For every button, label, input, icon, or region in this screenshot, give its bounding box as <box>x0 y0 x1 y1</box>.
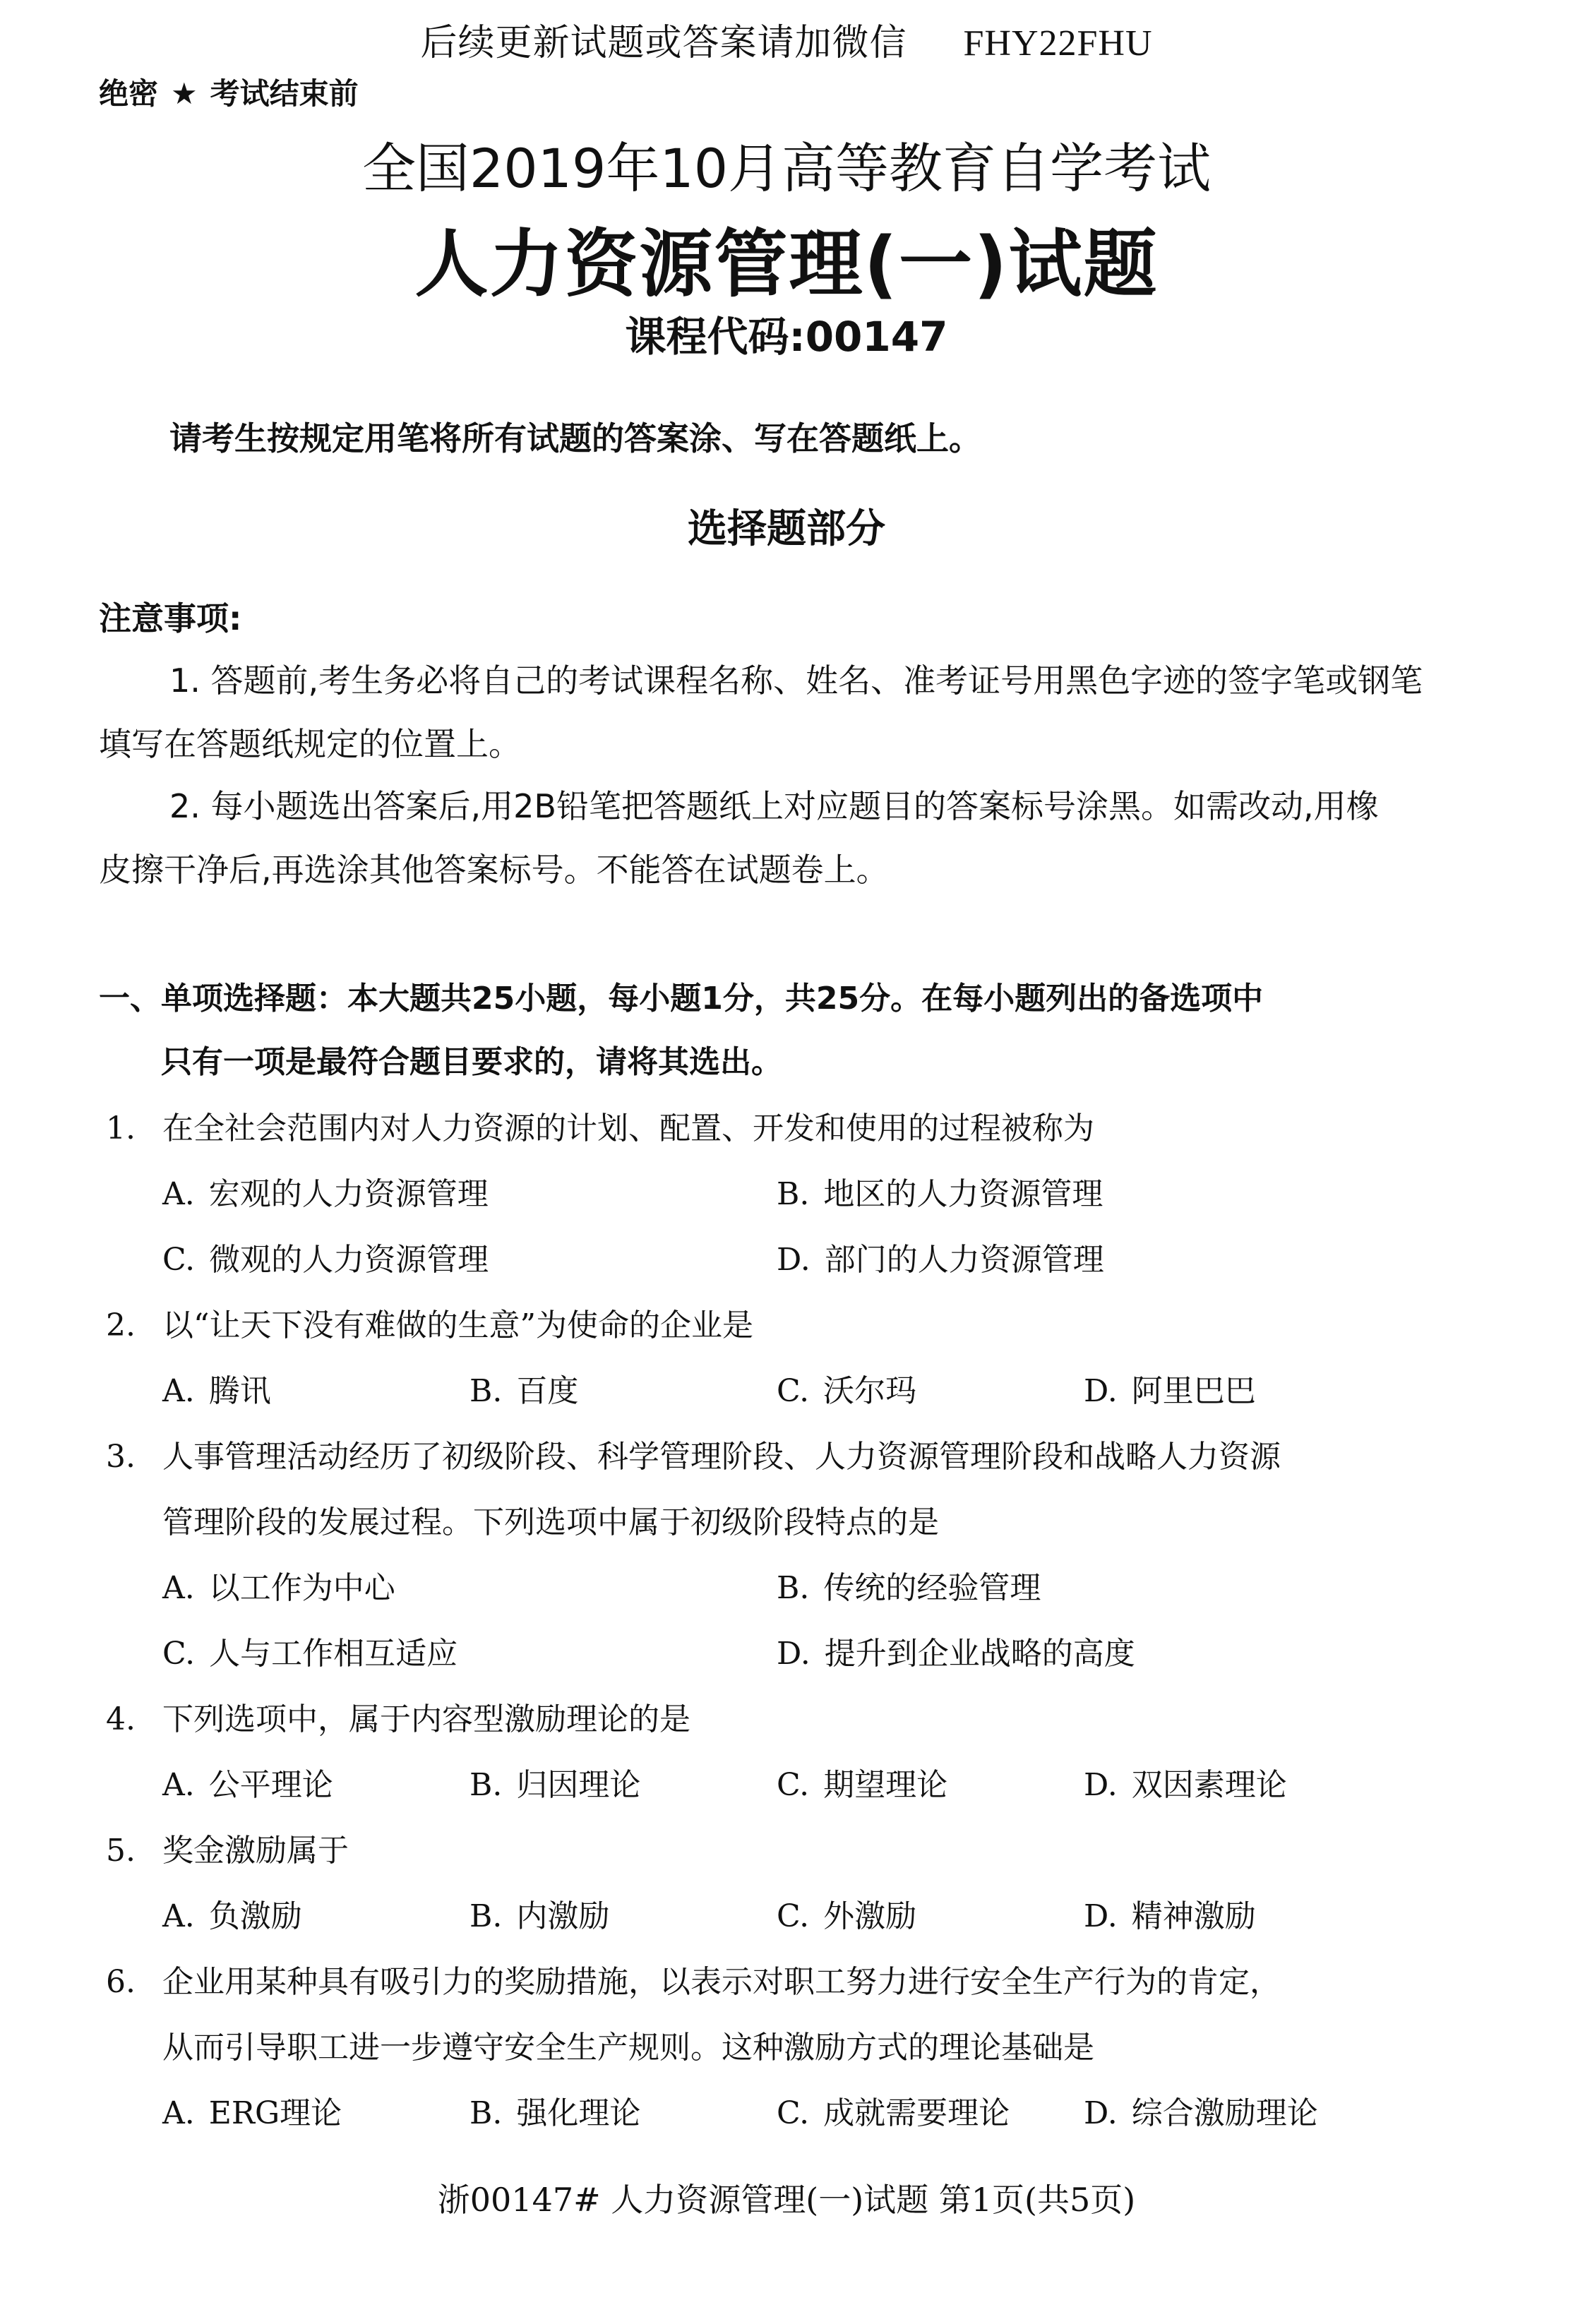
option-text: 传统的经验管理 <box>823 1570 1041 1606</box>
question-number: 1. <box>106 1110 162 1146</box>
option-letter: B. <box>469 1898 502 1934</box>
option-letter: D. <box>1084 1767 1118 1803</box>
note-2-line-2: 皮擦干净后,再选涂其他答案标号。不能答在试题卷上。 <box>99 844 889 891</box>
option-letter: D. <box>1084 2095 1118 2131</box>
option-letter: A. <box>162 1176 195 1212</box>
option-letter: C. <box>777 1767 809 1803</box>
question-4-option-c[interactable]: C.期望理论 <box>777 1759 947 1804</box>
option-text: 成就需要理论 <box>823 2095 1010 2131</box>
question-4-option-b[interactable]: B.归因理论 <box>469 1759 640 1804</box>
option-text: 强化理论 <box>516 2095 640 2131</box>
option-letter: A. <box>162 1570 195 1606</box>
option-text: 期望理论 <box>823 1767 947 1803</box>
question-5-option-c[interactable]: C.外激励 <box>777 1891 916 1936</box>
question-1-stem: 1.在全社会范围内对人力资源的计划、配置、开发和使用的过程被称为 <box>106 1103 1094 1148</box>
part-header-line-2: 只有一项是最符合题目要求的，请将其选出。 <box>161 1036 782 1082</box>
question-2-option-b[interactable]: B.百度 <box>469 1365 578 1410</box>
question-2-option-d[interactable]: D.阿里巴巴 <box>1084 1365 1256 1410</box>
option-text: 外激励 <box>823 1898 916 1934</box>
question-text: 人事管理活动经历了初级阶段、科学管理阶段、人力资源管理阶段和战略人力资源 <box>162 1439 1281 1475</box>
star-icon: ★ <box>171 76 198 111</box>
note-2-line-1: 2. 每小题选出答案后,用2B铅笔把答题纸上对应题目的答案标号涂黑。如需改动,用… <box>169 781 1379 827</box>
option-text: 以工作为中心 <box>209 1570 395 1606</box>
option-text: 公平理论 <box>209 1767 333 1803</box>
option-text: 沃尔玛 <box>823 1373 916 1409</box>
option-letter: D. <box>777 1636 811 1672</box>
option-text: 双因素理论 <box>1132 1767 1287 1803</box>
question-3-option-b[interactable]: B.传统的经验管理 <box>777 1562 1041 1607</box>
option-text: 精神激励 <box>1132 1898 1256 1934</box>
option-letter: A. <box>162 1373 195 1409</box>
option-text: ERG理论 <box>209 2095 342 2131</box>
option-letter: D. <box>1084 1898 1118 1934</box>
question-1-option-d[interactable]: D.部门的人力资源管理 <box>777 1234 1104 1279</box>
exam-title: 全国2019年10月高等教育自学考试 <box>0 126 1573 203</box>
option-letter: C. <box>162 1242 195 1278</box>
question-6-stem-line-2: 从而引导职工进一步遵守安全生产规则。这种激励方式的理论基础是 <box>162 2022 1094 2067</box>
option-text: 归因理论 <box>516 1767 640 1803</box>
secret-mark: 绝密★考试结束前 <box>99 71 359 113</box>
option-text: 负激励 <box>209 1898 302 1934</box>
question-2-stem: 2.以“让天下没有难做的生意”为使命的企业是 <box>106 1300 753 1345</box>
option-letter: C. <box>162 1636 195 1672</box>
subject-title: 人力资源管理(一)试题 <box>0 205 1573 311</box>
instruction: 请考生按规定用笔将所有试题的答案涂、写在答题纸上。 <box>169 413 981 460</box>
question-2-option-a[interactable]: A.腾讯 <box>162 1365 271 1410</box>
question-text: 下列选项中，属于内容型激励理论的是 <box>162 1701 690 1737</box>
question-1-option-c[interactable]: C.微观的人力资源管理 <box>162 1234 489 1279</box>
option-text: 人与工作相互适应 <box>209 1636 457 1672</box>
option-text: 百度 <box>516 1373 578 1409</box>
note-1-line-1: 1. 答题前,考生务必将自己的考试课程名称、姓名、准考证号用黑色字迹的签字笔或钢… <box>169 655 1423 702</box>
option-letter: A. <box>162 2095 195 2131</box>
question-number: 4. <box>106 1701 162 1737</box>
question-4-option-d[interactable]: D.双因素理论 <box>1084 1759 1287 1804</box>
option-text: 内激励 <box>516 1898 609 1934</box>
question-6-stem-line-1: 6.企业用某种具有吸引力的奖励措施，以表示对职工努力进行安全生产行为的肯定， <box>106 1956 1281 2001</box>
question-5-stem: 5.奖金激励属于 <box>106 1825 349 1870</box>
question-4-option-a[interactable]: A.公平理论 <box>162 1759 333 1804</box>
secret-label: 绝密 <box>99 76 158 111</box>
option-text: 阿里巴巴 <box>1132 1373 1256 1409</box>
question-3-option-a[interactable]: A.以工作为中心 <box>162 1562 395 1607</box>
option-letter: B. <box>777 1176 809 1212</box>
section-title: 选择题部分 <box>0 498 1573 554</box>
question-number: 3. <box>106 1439 162 1475</box>
option-letter: B. <box>777 1570 809 1606</box>
question-3-option-c[interactable]: C.人与工作相互适应 <box>162 1628 457 1673</box>
question-text: 企业用某种具有吸引力的奖励措施，以表示对职工努力进行安全生产行为的肯定， <box>162 1964 1281 2000</box>
question-text: 在全社会范围内对人力资源的计划、配置、开发和使用的过程被称为 <box>162 1110 1094 1146</box>
option-text: 腾讯 <box>209 1373 271 1409</box>
question-5-option-d[interactable]: D.精神激励 <box>1084 1891 1256 1936</box>
watermark-text: 后续更新试题或答案请加微信 <box>420 23 907 64</box>
question-number: 5. <box>106 1833 162 1869</box>
option-letter: C. <box>777 1898 809 1934</box>
course-code: 课程代码:00147 <box>0 304 1573 363</box>
question-text: 以“让天下没有难做的生意”为使命的企业是 <box>162 1307 753 1343</box>
option-letter: B. <box>469 1373 502 1409</box>
note-1-line-2: 填写在答题纸规定的位置上。 <box>99 719 521 765</box>
option-text: 提升到企业战略的高度 <box>825 1636 1135 1672</box>
question-number: 2. <box>106 1307 162 1343</box>
notes-label: 注意事项: <box>99 593 241 640</box>
option-letter: D. <box>777 1242 811 1278</box>
option-letter: B. <box>469 1767 502 1803</box>
question-6-option-b[interactable]: B.强化理论 <box>469 2088 640 2133</box>
question-1-option-b[interactable]: B.地区的人力资源管理 <box>777 1168 1103 1214</box>
watermark: 后续更新试题或答案请加微信FHY22FHU <box>0 13 1573 66</box>
question-1-option-a[interactable]: A.宏观的人力资源管理 <box>162 1168 489 1214</box>
option-letter: C. <box>777 1373 809 1409</box>
question-3-option-d[interactable]: D.提升到企业战略的高度 <box>777 1628 1135 1673</box>
option-letter: C. <box>777 2095 809 2131</box>
part-header-line-1: 一、单项选择题：本大题共25小题，每小题1分，共25分。在每小题列出的备选项中 <box>99 973 1263 1018</box>
question-5-option-a[interactable]: A.负激励 <box>162 1891 302 1936</box>
page-footer: 浙00147# 人力资源管理(一)试题 第1页(共5页) <box>0 2174 1573 2221</box>
question-5-option-b[interactable]: B.内激励 <box>469 1891 609 1936</box>
option-text: 微观的人力资源管理 <box>209 1242 489 1278</box>
question-3-stem-line-1: 3.人事管理活动经历了初级阶段、科学管理阶段、人力资源管理阶段和战略人力资源 <box>106 1431 1281 1476</box>
question-text: 奖金激励属于 <box>162 1833 349 1869</box>
secret-until-label: 考试结束前 <box>210 76 359 111</box>
question-2-option-c[interactable]: C.沃尔玛 <box>777 1365 916 1410</box>
question-6-option-c[interactable]: C.成就需要理论 <box>777 2088 1010 2133</box>
question-6-option-d[interactable]: D.综合激励理论 <box>1084 2088 1318 2133</box>
option-letter: A. <box>162 1767 195 1803</box>
option-text: 综合激励理论 <box>1132 2095 1318 2131</box>
question-6-option-a[interactable]: A.ERG理论 <box>162 2088 342 2133</box>
option-letter: D. <box>1084 1373 1118 1409</box>
question-3-stem-line-2: 管理阶段的发展过程。下列选项中属于初级阶段特点的是 <box>162 1497 939 1542</box>
option-letter: A. <box>162 1898 195 1934</box>
option-text: 部门的人力资源管理 <box>825 1242 1104 1278</box>
question-4-stem: 4.下列选项中，属于内容型激励理论的是 <box>106 1694 690 1739</box>
option-text: 宏观的人力资源管理 <box>209 1176 489 1212</box>
watermark-code: FHY22FHU <box>963 23 1152 64</box>
option-letter: B. <box>469 2095 502 2131</box>
question-number: 6. <box>106 1964 162 2000</box>
option-text: 地区的人力资源管理 <box>823 1176 1103 1212</box>
